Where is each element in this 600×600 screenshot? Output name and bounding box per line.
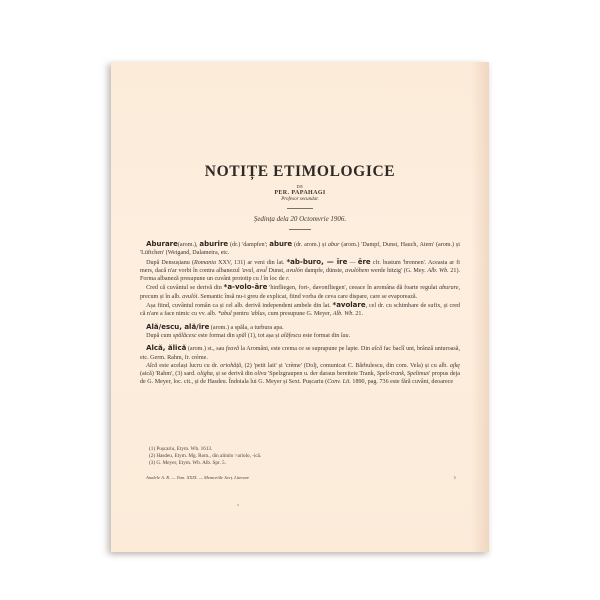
- footnote: (2) Hasdeu, Etym. Mg. Rom., din alimlo >…: [149, 453, 449, 460]
- paragraph: După Densușianu (Romania XXV, 131) ar ve…: [140, 258, 460, 284]
- document-page: NOTIȚE ETIMOLOGICE DE PER. PAPAHAGI Prof…: [111, 62, 489, 552]
- page-footer: Analele A. R. — Tom. XXIX. — Memoriile S…: [146, 475, 456, 480]
- page-title: NOTIȚE ETIMOLOGICE: [111, 163, 489, 181]
- author-role: Profesor secundar.: [111, 197, 489, 202]
- paragraph: Cred că cuvântul se derivă din *a-volo-ā…: [140, 283, 460, 301]
- footnote: (1) Pușcariu, Etym. Wb. 1613.: [149, 446, 449, 453]
- paragraph: După cum spălăcesc este format din spăl …: [140, 332, 460, 340]
- header-divider: [287, 208, 313, 209]
- session-date: Ședința dela 20 Octomvrie 1906.: [111, 215, 489, 223]
- document-header: NOTIȚE ETIMOLOGICE DE PER. PAPAHAGI Prof…: [111, 163, 489, 230]
- document-body: Aburare(arom.), aburire (dr.) 'dampfen';…: [140, 240, 460, 387]
- entry-alca: Alcă, ălică (arom.) st., sau feavă la Ar…: [140, 344, 460, 362]
- byline-de: DE: [111, 184, 489, 189]
- paragraph: Așa fiind, cuvântul român ca și cel alb.…: [140, 301, 460, 319]
- footnote: (3) G. Meyer, Etym. Wb. Alb. Spr. 5.: [149, 460, 449, 467]
- footer-source: Analele A. R. — Tom. XXIX. — Memoriile S…: [146, 475, 249, 480]
- paragraph: Alcă este același lucru cu dr. oriohăță,…: [140, 362, 460, 387]
- author-name: PER. PAPAHAGI: [111, 190, 489, 196]
- page-number: 1: [454, 475, 456, 480]
- entry-aburare: Aburare(arom.), aburire (dr.) 'dampfen';…: [140, 240, 460, 258]
- footnotes: (1) Pușcariu, Etym. Wb. 1613. (2) Hasdeu…: [149, 446, 449, 467]
- session-divider: [289, 229, 311, 230]
- entry-alafescu: Ală/escu, ală/ire (arom.) a spăla, a tur…: [140, 323, 460, 332]
- paper-speck: [237, 504, 239, 506]
